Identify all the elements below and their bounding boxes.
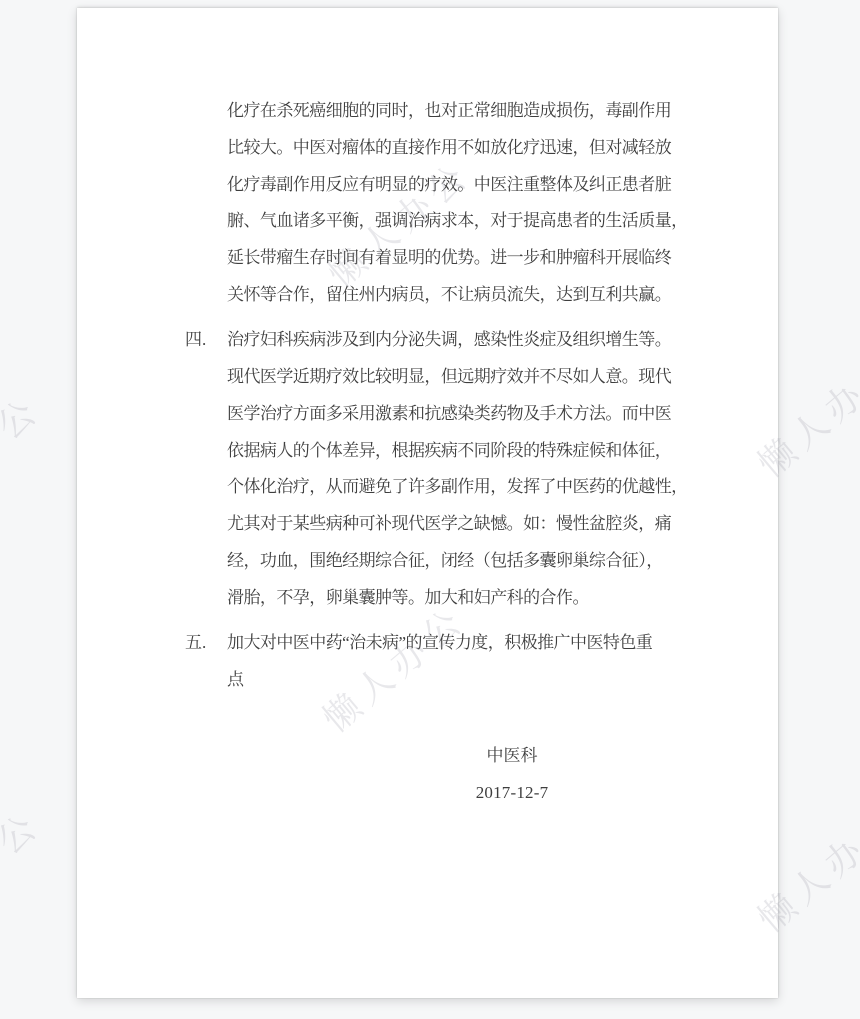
text-line: 化疗毒副作用反应有明显的疗效。中医注重整体及纠正患者脏	[227, 167, 778, 204]
text-line: 滑胎，不孕，卵巢囊肿等。加大和妇产科的合作。	[227, 580, 778, 617]
text-line: 现代医学近期疗效比较明显，但远期疗效并不尽如人意。现代	[227, 359, 778, 396]
text-line: 医学治疗方面多采用激素和抗感染类药物及手术方法。而中医	[227, 396, 778, 433]
text-line: 腑、气血诸多平衡，强调治病求本，对于提高患者的生活质量，	[227, 203, 778, 240]
text-line: 化疗在杀死癌细胞的同时，也对正常细胞造成损伤，毒副作用	[227, 93, 778, 130]
text-line: 关怀等合作，留住州内病员，不让病员流失，达到互利共赢。	[227, 277, 778, 314]
text-line: 加大对中医中药“治未病”的宣传力度，积极推广中医特色重	[227, 625, 778, 662]
signature-block: 中医科 2017-12-7	[377, 738, 647, 812]
watermark: 懒人办公	[0, 798, 50, 948]
text-line: 治疗妇科疾病涉及到内分泌失调，感染性炎症及组织增生等。	[227, 322, 778, 359]
text-line: 经，功血，围绝经期综合征，闭经（包括多囊卵巢综合征），	[227, 543, 778, 580]
text-line: 比较大。中医对瘤体的直接作用不如放化疗迅速，但对减轻放	[227, 130, 778, 167]
paragraph: 化疗在杀死癌细胞的同时，也对正常细胞造成损伤，毒副作用比较大。中医对瘤体的直接作…	[77, 93, 778, 314]
paragraph: 四.治疗妇科疾病涉及到内分泌失调，感染性炎症及组织增生等。现代医学近期疗效比较明…	[77, 322, 778, 616]
text-line: 尤其对于某些病种可补现代医学之缺憾。如：慢性盆腔炎，痛	[227, 506, 778, 543]
document-page: 化疗在杀死癌细胞的同时，也对正常细胞造成损伤，毒副作用比较大。中医对瘤体的直接作…	[77, 8, 778, 998]
text-line: 个体化治疗，从而避免了许多副作用，发挥了中医药的优越性，	[227, 469, 778, 506]
doc-paragraphs: 化疗在杀死癌细胞的同时，也对正常细胞造成损伤，毒副作用比较大。中医对瘤体的直接作…	[77, 93, 778, 699]
signature-date: 2017-12-7	[377, 775, 647, 812]
signature-name: 中医科	[377, 738, 647, 775]
paragraph: 五.加大对中医中药“治未病”的宣传力度，积极推广中医特色重点	[77, 625, 778, 699]
document-viewer: 化疗在杀死癌细胞的同时，也对正常细胞造成损伤，毒副作用比较大。中医对瘤体的直接作…	[0, 0, 860, 1019]
text-line: 点	[227, 662, 778, 699]
document-body: 化疗在杀死癌细胞的同时，也对正常细胞造成损伤，毒副作用比较大。中医对瘤体的直接作…	[77, 93, 778, 811]
text-line: 延长带瘤生存时间有着显明的优势。进一步和肿瘤科开展临终	[227, 240, 778, 277]
paragraph-marker: 四.	[185, 322, 206, 359]
paragraph-marker: 五.	[185, 625, 206, 662]
watermark: 懒人办公	[0, 383, 50, 533]
text-line: 依据病人的个体差异，根据疾病不同阶段的特殊症候和体征，	[227, 433, 778, 470]
